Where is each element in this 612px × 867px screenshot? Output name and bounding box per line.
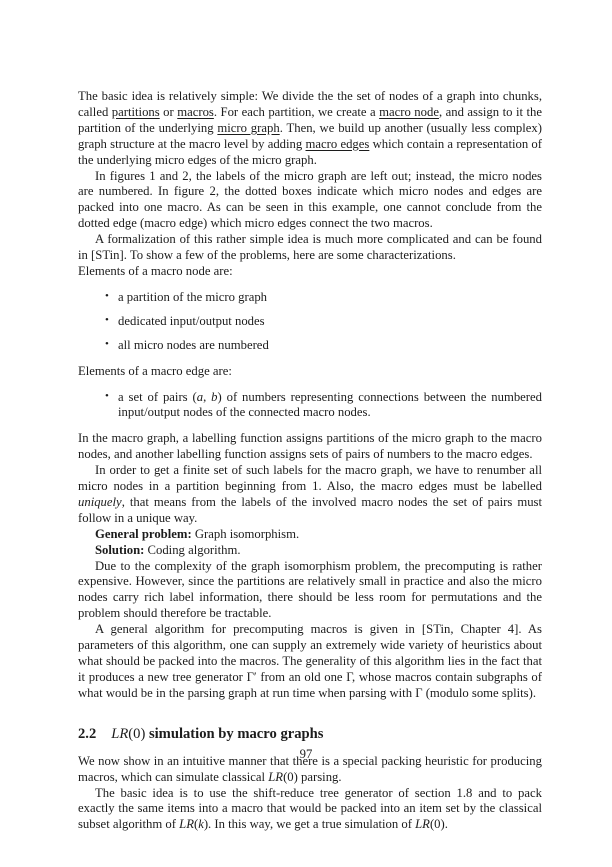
text-run: LR: [268, 770, 283, 784]
text-run: ,: [203, 390, 211, 404]
paragraph: In figures 1 and 2, the labels of the mi…: [78, 169, 542, 233]
document-content: The basic idea is relatively simple: We …: [78, 89, 542, 833]
underlined-term: micro graph: [217, 121, 279, 135]
bullet-item: •a set of pairs (a, b) of numbers repres…: [118, 390, 542, 422]
text-run: Solution:: [95, 543, 144, 557]
text-run: In order to get a finite set of such lab…: [78, 463, 542, 493]
paragraph: Solution: Coding algorithm.: [78, 543, 542, 559]
text-run: General problem:: [95, 527, 192, 541]
underlined-term: macro edges: [306, 137, 370, 151]
bullet-list: •a set of pairs (a, b) of numbers repres…: [78, 390, 542, 422]
bullet-icon: •: [105, 289, 109, 305]
text-run: Due to the complexity of the graph isomo…: [78, 559, 542, 621]
text-run: a set of pairs (: [118, 390, 197, 404]
paragraph: A formalization of this rather simple id…: [78, 232, 542, 264]
text-run: Graph isomorphism.: [192, 527, 300, 541]
bullet-icon: •: [105, 337, 109, 353]
text-run: Elements of a macro edge are:: [78, 364, 232, 378]
underlined-term: macro node: [379, 105, 439, 119]
text-run: Coding algorithm.: [144, 543, 240, 557]
paper-page: The basic idea is relatively simple: We …: [0, 0, 612, 867]
text-run: A formalization of this rather simple id…: [78, 232, 542, 262]
text-run: uniquely: [78, 495, 122, 509]
underlined-term: macros: [177, 105, 214, 119]
text-run: A general algorithm for precomputing mac…: [78, 622, 542, 700]
paragraph: General problem: Graph isomorphism.: [78, 527, 542, 543]
page-number: 97: [0, 747, 612, 762]
bullet-icon: •: [105, 313, 109, 329]
text-run: all micro nodes are numbered: [118, 338, 269, 352]
paragraph: Elements of a macro node are:: [78, 264, 542, 280]
text-run: ). In this way, we get a true simulation…: [204, 817, 415, 831]
bullet-icon: •: [105, 389, 109, 405]
bullet-item: •a partition of the micro graph: [118, 290, 542, 306]
paragraph: The basic idea is relatively simple: We …: [78, 89, 542, 169]
paragraph: In the macro graph, a labelling function…: [78, 431, 542, 463]
underlined-term: partitions: [112, 105, 160, 119]
text-run: . For each partition, we create a: [214, 105, 379, 119]
text-run: In figures 1 and 2, the labels of the mi…: [78, 169, 542, 231]
bullet-item: •all micro nodes are numbered: [118, 338, 542, 354]
text-run: , that means from the labels of the invo…: [78, 495, 542, 525]
text-run: or: [160, 105, 178, 119]
paragraph: In order to get a finite set of such lab…: [78, 463, 542, 527]
text-run: LR: [415, 817, 430, 831]
text-run: (0) parsing.: [283, 770, 342, 784]
text-run: LR: [111, 726, 128, 742]
text-run: LR: [179, 817, 194, 831]
text-run: (0).: [430, 817, 448, 831]
paragraph: The basic idea is to use the shift-reduc…: [78, 786, 542, 834]
text-run: Elements of a macro node are:: [78, 264, 233, 278]
section-number: 2.2: [78, 726, 96, 742]
text-run: In the macro graph, a labelling function…: [78, 431, 542, 461]
text-run: dedicated input/output nodes: [118, 314, 265, 328]
bullet-list: •a partition of the micro graph•dedicate…: [78, 290, 542, 354]
section-heading: 2.2LR(0) simulation by macro graphs: [78, 725, 542, 743]
text-run: simulation by macro graphs: [149, 726, 323, 742]
paragraph: Elements of a macro edge are:: [78, 364, 542, 380]
paragraph: Due to the complexity of the graph isomo…: [78, 559, 542, 623]
paragraph: A general algorithm for precomputing mac…: [78, 622, 542, 702]
text-run: a partition of the micro graph: [118, 290, 267, 304]
bullet-item: •dedicated input/output nodes: [118, 314, 542, 330]
text-run: (0): [128, 726, 149, 742]
